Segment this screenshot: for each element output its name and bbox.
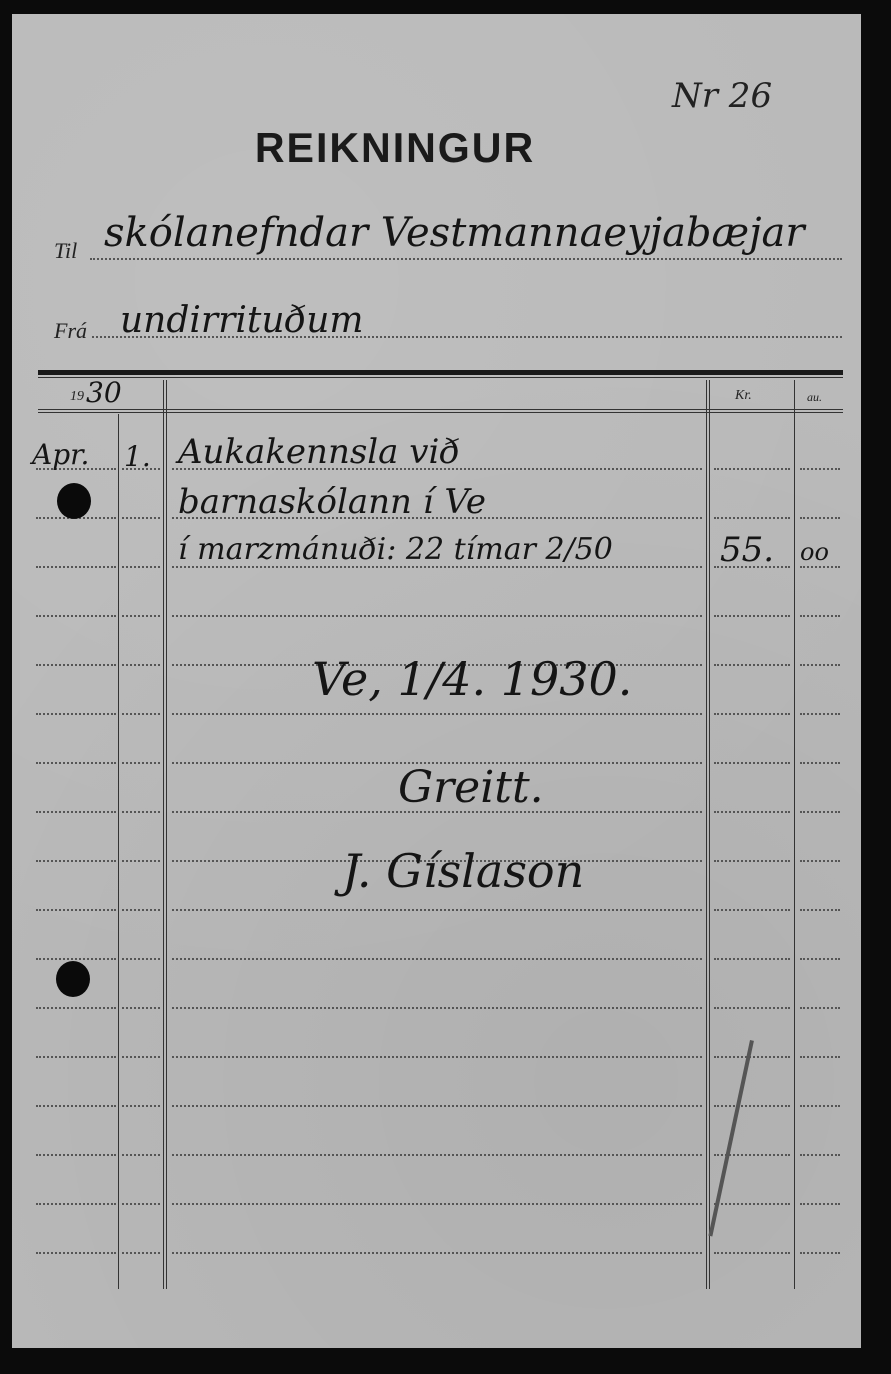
ruled-line xyxy=(36,860,116,862)
ruled-line xyxy=(36,1203,116,1205)
ruled-line xyxy=(714,713,790,715)
ruled-line xyxy=(36,566,116,568)
column-divider-day-1 xyxy=(163,380,164,1289)
ruled-line xyxy=(714,1056,790,1058)
ruled-line xyxy=(122,762,160,764)
ruled-line xyxy=(714,517,790,519)
ruled-line xyxy=(714,909,790,911)
ruled-line xyxy=(36,909,116,911)
ruled-line xyxy=(172,1154,702,1156)
pencil-mark xyxy=(708,1040,753,1236)
column-divider-desc-2 xyxy=(709,380,710,1289)
ruled-line xyxy=(800,517,840,519)
ruled-line xyxy=(122,517,160,519)
punch-hole-top xyxy=(57,483,91,519)
ruled-line xyxy=(36,1007,116,1009)
signature: J. Gíslason xyxy=(342,844,584,898)
ruled-line xyxy=(714,1007,790,1009)
ruled-line xyxy=(800,1056,840,1058)
ruled-line xyxy=(800,958,840,960)
ruled-line xyxy=(36,811,116,813)
ruled-line xyxy=(800,909,840,911)
ruled-line xyxy=(36,1056,116,1058)
punch-hole-bottom xyxy=(56,961,90,997)
ruled-line xyxy=(122,811,160,813)
ruled-line xyxy=(800,1203,840,1205)
ruled-line xyxy=(800,1154,840,1156)
ruled-line xyxy=(122,713,160,715)
ruled-line xyxy=(122,1105,160,1107)
ruled-line xyxy=(36,1105,116,1107)
row-1-day: 1. xyxy=(124,440,151,473)
ruled-line xyxy=(122,1252,160,1254)
table-top-rule-thin xyxy=(38,377,843,378)
ruled-line xyxy=(800,566,840,568)
column-header-au: au. xyxy=(807,390,822,405)
ruled-line xyxy=(714,811,790,813)
ruled-line xyxy=(36,958,116,960)
ruled-line xyxy=(800,811,840,813)
ruled-line xyxy=(122,860,160,862)
ruled-line xyxy=(172,909,702,911)
ruled-line xyxy=(800,468,840,470)
header-bottom-rule-2 xyxy=(38,412,843,413)
row-1-month: Apr. xyxy=(32,438,89,471)
ruled-line xyxy=(122,1007,160,1009)
ruled-line xyxy=(36,615,116,617)
invoice-number: Nr 26 xyxy=(672,76,772,116)
header-bottom-rule xyxy=(38,409,843,410)
ruled-line xyxy=(172,958,702,960)
ruled-line xyxy=(36,762,116,764)
ruled-line xyxy=(172,615,702,617)
ruled-line xyxy=(122,566,160,568)
from-value: undirrituðum xyxy=(120,300,364,341)
ruled-line xyxy=(714,468,790,470)
ruled-line xyxy=(122,615,160,617)
year-suffix: 30 xyxy=(86,376,122,409)
ruled-line xyxy=(36,1252,116,1254)
ruled-line xyxy=(172,1007,702,1009)
ruled-line xyxy=(172,1056,702,1058)
ruled-line xyxy=(172,1105,702,1107)
ruled-line xyxy=(800,860,840,862)
place-date: Ve, 1/4. 1930. xyxy=(312,652,632,706)
column-divider-day-2 xyxy=(166,380,167,1289)
ruled-line xyxy=(122,1203,160,1205)
ruled-line xyxy=(36,664,116,666)
ruled-line xyxy=(800,1105,840,1107)
row-1-description: Aukakennsla við xyxy=(178,432,460,472)
to-label: Til xyxy=(54,238,77,264)
ruled-line xyxy=(800,664,840,666)
ruled-line xyxy=(122,1056,160,1058)
ruled-line xyxy=(714,1105,790,1107)
row-3-kr: 55. xyxy=(720,530,774,570)
column-divider-kr xyxy=(794,380,795,1289)
ruled-line xyxy=(714,762,790,764)
row-3-au: oo xyxy=(800,538,829,566)
column-divider-month xyxy=(118,414,119,1289)
row-2-description: barnaskólann í Ve xyxy=(178,482,486,522)
to-dotted-line xyxy=(90,258,842,260)
ruled-line xyxy=(800,1007,840,1009)
ruled-line xyxy=(122,664,160,666)
ruled-line xyxy=(172,1252,702,1254)
to-value: skólanefndar Vestmannaeyjabæjar xyxy=(104,210,805,256)
column-divider-desc-1 xyxy=(706,380,707,1289)
ruled-line xyxy=(36,1154,116,1156)
ruled-line xyxy=(122,1154,160,1156)
ruled-line xyxy=(714,615,790,617)
ruled-line xyxy=(172,713,702,715)
ruled-line xyxy=(714,664,790,666)
table-top-rule xyxy=(38,370,843,375)
invoice-paper: Nr 26 REIKNINGUR Til skólanefndar Vestma… xyxy=(12,14,861,1348)
ruled-line xyxy=(714,1203,790,1205)
ruled-line xyxy=(714,958,790,960)
ruled-line xyxy=(122,958,160,960)
year-prefix: 19 xyxy=(70,389,84,405)
ruled-line xyxy=(800,1252,840,1254)
ruled-line xyxy=(36,713,116,715)
ruled-line xyxy=(714,1252,790,1254)
ruled-line xyxy=(800,713,840,715)
ruled-line xyxy=(172,1203,702,1205)
ruled-line xyxy=(800,615,840,617)
row-3-description: í marzmánuði: 22 tímar 2/50 xyxy=(178,532,613,567)
column-header-kr: Kr. xyxy=(735,388,752,404)
ruled-line xyxy=(122,909,160,911)
ruled-line xyxy=(714,860,790,862)
from-label: Frá xyxy=(54,318,87,344)
paid-stamp: Greitt. xyxy=(398,762,544,813)
invoice-title: REIKNINGUR xyxy=(255,124,535,172)
ruled-line xyxy=(800,762,840,764)
